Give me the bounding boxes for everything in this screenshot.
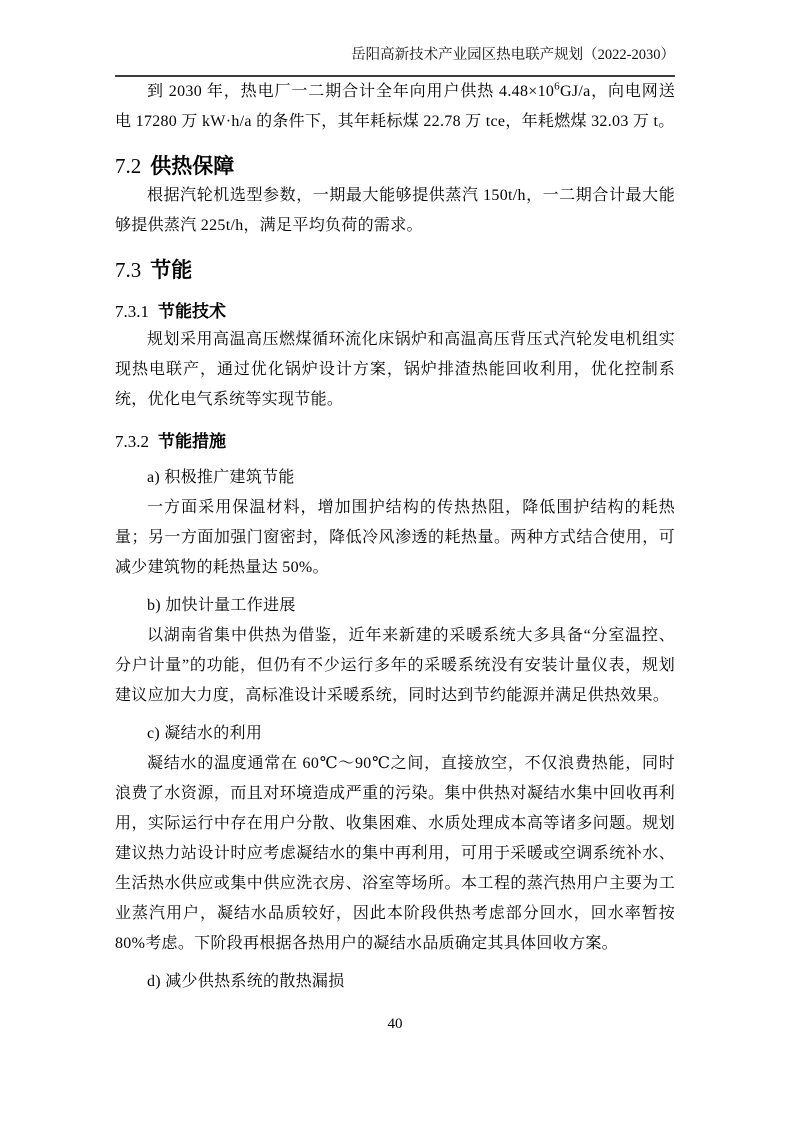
document-page: 岳阳高新技术产业园区热电联产规划（2022-2030） 到 2030 年，热电厂… bbox=[0, 0, 793, 1122]
section-7-3-2-number: 7.3.2 bbox=[115, 432, 149, 451]
section-7-2-heading: 7.2供热保障 bbox=[115, 152, 675, 181]
paragraph-overview: 到 2030 年，热电厂一二期合计全年向用户供热 4.48×106GJ/a，向电… bbox=[115, 77, 675, 137]
item-b-paragraph: 以湖南省集中供热为借鉴，近年来新建的采暖系统大多具备“分室温控、分户计量”的功能… bbox=[115, 621, 675, 711]
paragraph-supply-guarantee: 根据汽轮机选型参数，一期最大能够提供蒸汽 150t/h，一二期合计最大能够提供蒸… bbox=[115, 181, 675, 241]
section-7-3-1-number: 7.3.1 bbox=[115, 302, 149, 321]
section-7-2-title: 供热保障 bbox=[150, 155, 234, 178]
section-7-3-2-title: 节能措施 bbox=[158, 432, 226, 451]
section-7-3-2-heading: 7.3.2节能措施 bbox=[115, 429, 675, 455]
item-a-paragraph: 一方面采用保温材料，增加围护结构的传热热阻，降低围护结构的耗热量；另一方面加强门… bbox=[115, 493, 675, 583]
section-7-2-number: 7.2 bbox=[115, 154, 141, 178]
running-header-title: 岳阳高新技术产业园区热电联产规划（2022-2030） bbox=[351, 47, 675, 63]
item-c-paragraph: 凝结水的温度通常在 60℃～90℃之间，直接放空，不仅浪费热能，同时浪费了水资源… bbox=[115, 749, 675, 959]
page-number: 40 bbox=[115, 1014, 675, 1034]
item-a-label: a) 积极推广建筑节能 bbox=[115, 463, 675, 493]
paragraph-energy-tech: 规划采用高温高压燃煤循环流化床锅炉和高温高压背压式汽轮发电机组实现热电联产，通过… bbox=[115, 325, 675, 415]
item-c-label: c) 凝结水的利用 bbox=[115, 719, 675, 749]
running-header: 岳阳高新技术产业园区热电联产规划（2022-2030） bbox=[115, 44, 675, 77]
overview-text-before-sup: 到 2030 年，热电厂一二期合计全年向用户供热 4.48×10 bbox=[147, 83, 554, 100]
section-7-3-heading: 7.3节能 bbox=[115, 256, 675, 285]
section-7-3-title: 节能 bbox=[150, 259, 192, 282]
section-7-3-1-title: 节能技术 bbox=[158, 302, 226, 321]
item-b-label: b) 加快计量工作进展 bbox=[115, 591, 675, 621]
section-7-3-number: 7.3 bbox=[115, 258, 141, 282]
item-d-label: d) 减少供热系统的散热漏损 bbox=[115, 967, 675, 997]
section-7-3-1-heading: 7.3.1节能技术 bbox=[115, 299, 675, 325]
